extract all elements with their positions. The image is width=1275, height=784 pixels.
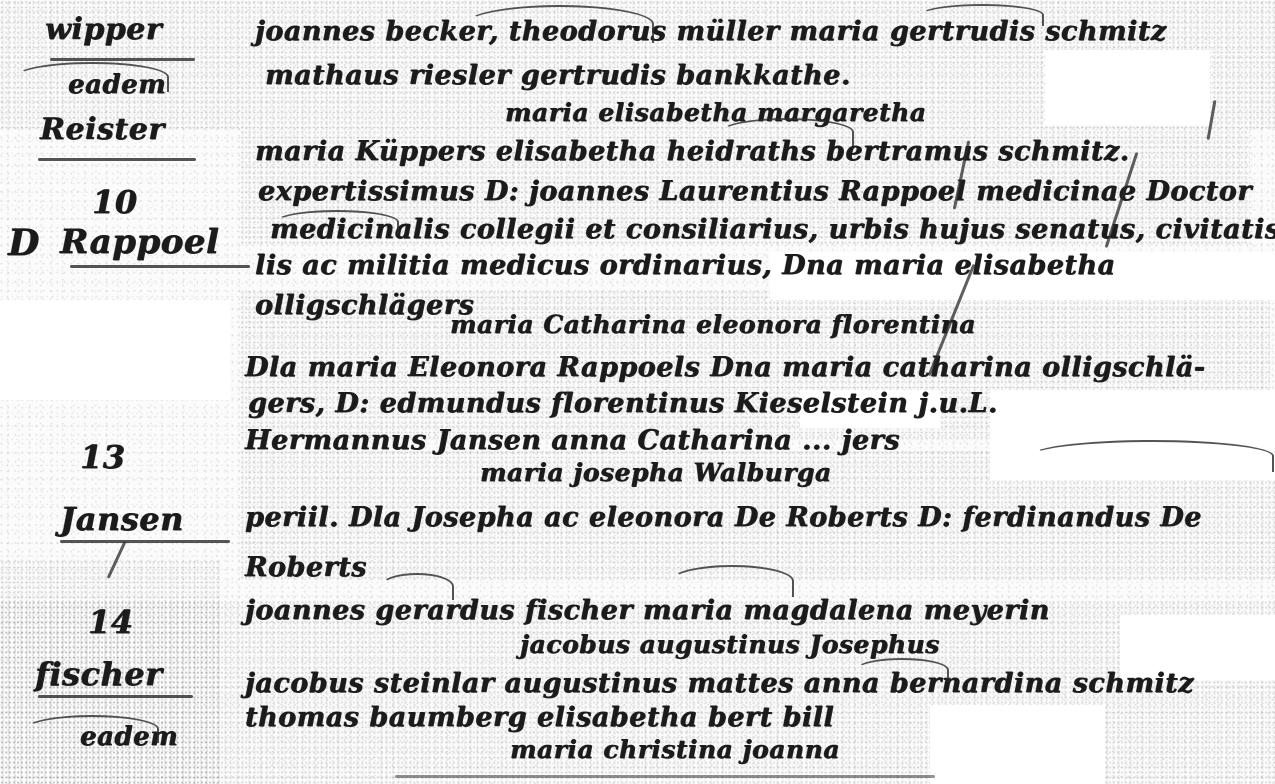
ditto-arc [1030, 440, 1274, 472]
margin-entry-jansen: Jansen [60, 500, 184, 538]
register-line: maria elisabetha margaretha [505, 98, 926, 127]
ditto-arc [465, 5, 654, 43]
register-line: joannes gerardus fischer maria magdalena… [245, 595, 1050, 626]
pen-stroke [395, 775, 935, 778]
entry-number: 10 [92, 183, 138, 221]
register-line: maria Küppers elisabetha heidraths bertr… [255, 136, 1130, 167]
register-line: maria josepha Walburga [480, 458, 832, 487]
register-line: Roberts [245, 552, 367, 583]
margin-entry-reister: Reister [40, 112, 165, 147]
register-line: medicinalis collegii et consiliarius, ur… [270, 214, 1275, 245]
register-line: thomas baumberg elisabetha bert bill [245, 702, 834, 733]
register-line: jacobus augustinus Josephus [520, 630, 940, 659]
ditto-arc [855, 658, 949, 682]
ditto-arc [25, 715, 159, 743]
blank-patch [1045, 50, 1210, 125]
entry-number: 13 [80, 438, 126, 476]
margin-underline [60, 540, 230, 543]
ditto-arc [720, 118, 854, 146]
ditto-arc [15, 62, 169, 92]
register-page: wipper eadem Reister 10 D Rappoel 13 Jan… [0, 0, 1275, 784]
register-line: maria christina joanna [510, 735, 840, 764]
margin-underline [38, 695, 193, 698]
register-line: Dla maria Eleonora Rappoels Dna maria ca… [245, 352, 1205, 383]
blank-patch [0, 300, 230, 400]
register-line: olligschlägers [255, 290, 474, 321]
ditto-arc [920, 4, 1044, 26]
register-line: jacobus steinlar augustinus mattes anna … [245, 668, 1194, 699]
blank-patch [930, 705, 1105, 784]
register-line: lis ac militia medicus ordinarius, Dna m… [255, 250, 1116, 281]
register-line: mathaus riesler gertrudis bankkathe. [265, 60, 851, 91]
register-line: maria Catharina eleonora florentina [450, 310, 976, 339]
margin-underline [38, 158, 196, 161]
margin-prefix: D [8, 222, 40, 264]
entry-number: 14 [88, 603, 134, 641]
register-line: Hermannus Jansen anna Catharina ... jers [245, 425, 900, 456]
margin-entry-fischer: fischer [35, 655, 162, 693]
margin-underline [70, 265, 250, 268]
margin-underline [50, 58, 195, 61]
ditto-arc [670, 565, 794, 597]
register-line: periil. Dla Josepha ac eleonora De Rober… [245, 502, 1202, 533]
ditto-arc [380, 573, 454, 600]
register-line: gers, D: edmundus florentinus Kieselstei… [248, 388, 998, 419]
register-line: expertissimus D: joannes Laurentius Rapp… [258, 176, 1252, 207]
margin-entry-wipper: wipper [45, 12, 162, 47]
margin-entry-rappoel: Rappoel [60, 222, 219, 262]
ditto-arc [275, 210, 399, 234]
